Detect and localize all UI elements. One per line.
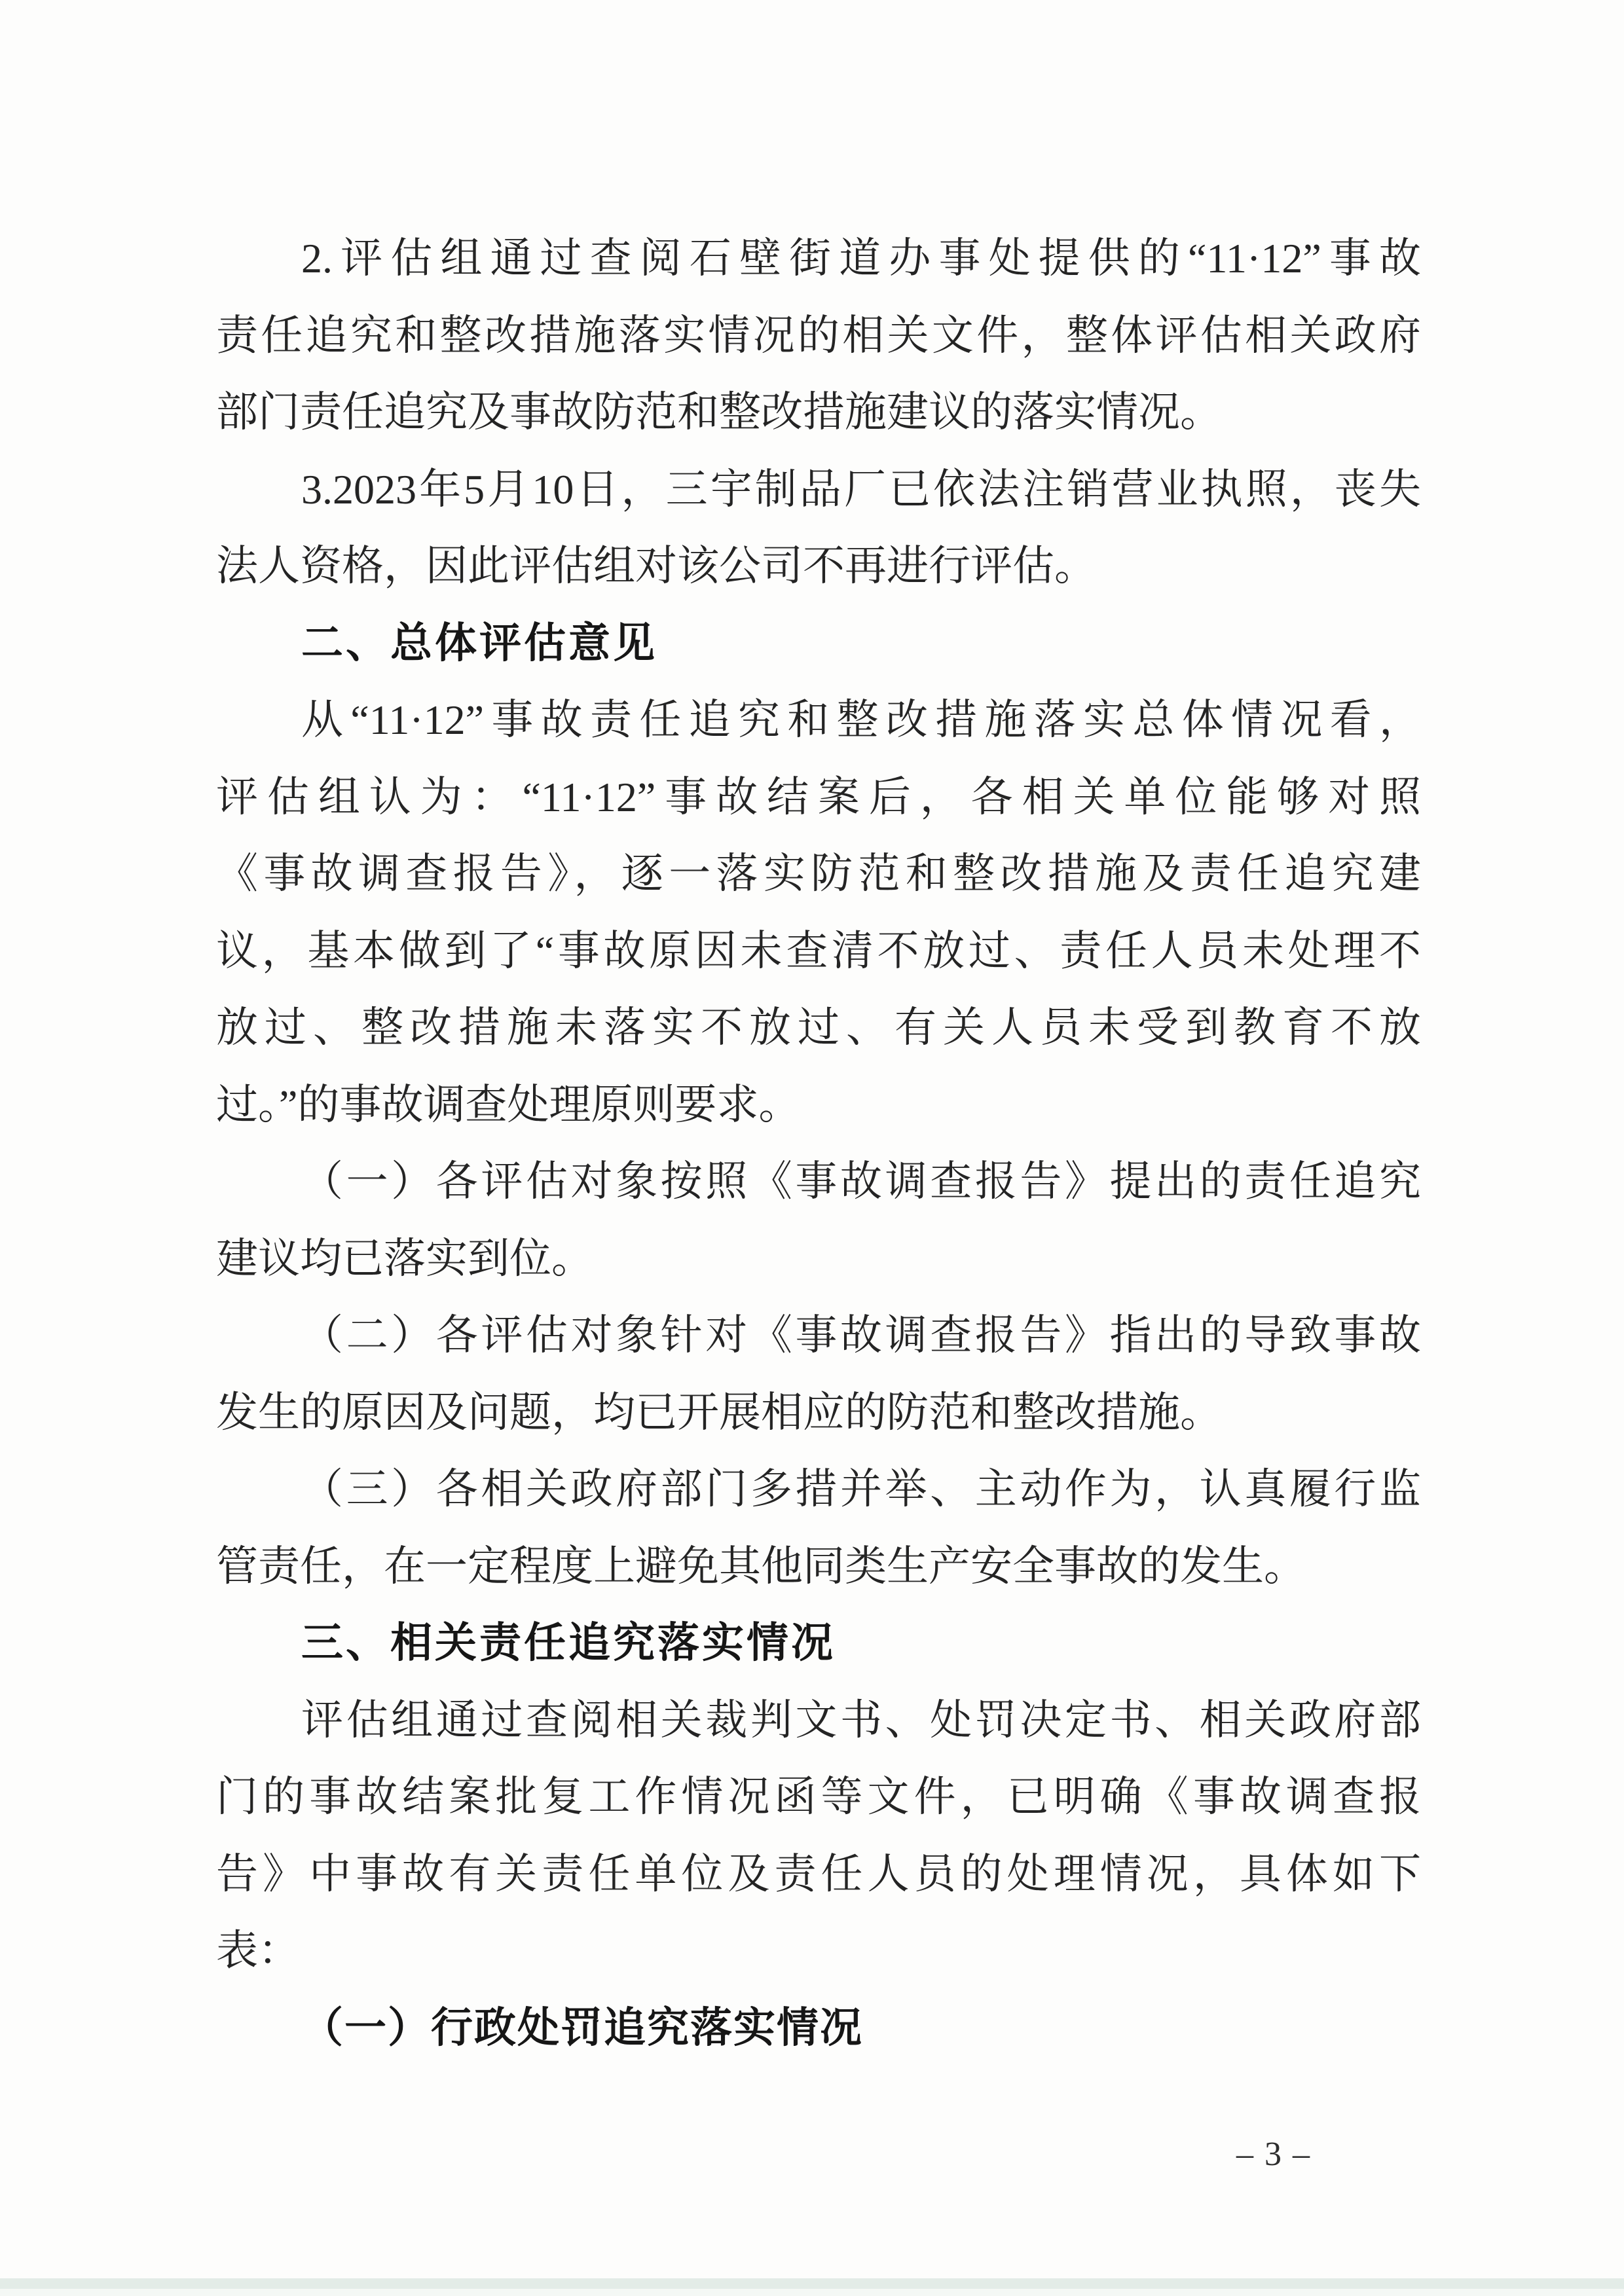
text-line: 从“11·12”事故责任追究和整改措施落实总体情况看，: [216, 682, 1421, 759]
text-line: 过。”的事故调查处理原则要求。: [216, 1066, 1421, 1144]
text-line: 门的事故结案批复工作情况函等文件，已明确《事故调查报: [216, 1758, 1421, 1836]
text-line: 表：: [216, 1912, 1421, 1990]
heading-overall-assessment-opinion: 二、总体评估意见: [216, 605, 1421, 682]
text-line: （三）各相关政府部门多措并举、主动作为，认真履行监: [216, 1451, 1421, 1528]
text-line: 议，基本做到了“事故原因未查清不放过、责任人员未处理不: [216, 913, 1421, 990]
text-line: 3.2023年5月10日，三宇制品厂已依法注销营业执照，丧失: [216, 451, 1421, 528]
text-line: （一）各评估对象按照《事故调查报告》提出的责任追究: [216, 1143, 1421, 1220]
scan-edge-artifact: [0, 2278, 1624, 2289]
heading-responsibility-pursuit-implementation: 三、相关责任追究落实情况: [216, 1605, 1421, 1682]
text-line: （二）各评估对象针对《事故调查报告》指出的导致事故: [216, 1297, 1421, 1374]
scan-edge-artifact-light: [0, 2289, 1624, 2296]
heading-administrative-penalty-implementation: （一）行政处罚追究落实情况: [216, 1990, 1421, 2067]
text-line: 建议均已落实到位。: [216, 1220, 1421, 1298]
text-line: 法人资格，因此评估组对该公司不再进行评估。: [216, 528, 1421, 605]
text-line: 部门责任追究及事故防范和整改措施建议的落实情况。: [216, 374, 1421, 451]
page-number: – 3 –: [1236, 2134, 1311, 2175]
text-line: 2.评估组通过查阅石壁街道办事处提供的“11·12”事故: [216, 220, 1421, 297]
text-line: 管责任，在一定程度上避免其他同类生产安全事故的发生。: [216, 1528, 1421, 1605]
text-line: 放过、整改措施未落实不放过、有关人员未受到教育不放: [216, 989, 1421, 1066]
text-line: 评估组认为：“11·12”事故结案后，各相关单位能够对照: [216, 759, 1421, 836]
scanned-document-page: 2.评估组通过查阅石壁街道办事处提供的“11·12”事故 责任追究和整改措施落实…: [0, 0, 1624, 2296]
text-line: 《事故调查报告》，逐一落实防范和整改措施及责任追究建: [216, 835, 1421, 913]
text-line: 责任追究和整改措施落实情况的相关文件，整体评估相关政府: [216, 297, 1421, 374]
text-line: 发生的原因及问题，均已开展相应的防范和整改措施。: [216, 1374, 1421, 1451]
document-body: 2.评估组通过查阅石壁街道办事处提供的“11·12”事故 责任追究和整改措施落实…: [216, 220, 1421, 2066]
text-line: 告》中事故有关责任单位及责任人员的处理情况，具体如下: [216, 1836, 1421, 1913]
text-line: 评估组通过查阅相关裁判文书、处罚决定书、相关政府部: [216, 1682, 1421, 1759]
